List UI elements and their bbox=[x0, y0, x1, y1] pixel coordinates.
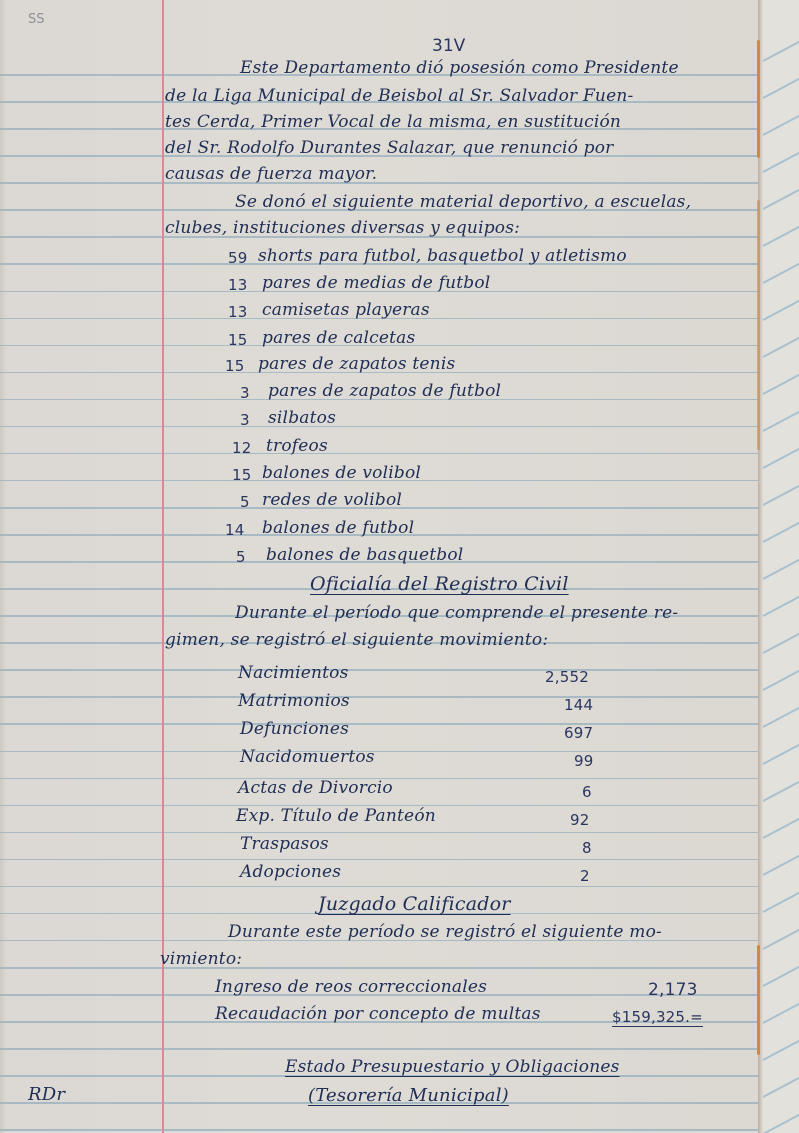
donation-qty: 15 bbox=[232, 466, 252, 484]
ruled-line bbox=[0, 696, 760, 698]
next-page-ruled-line bbox=[763, 777, 799, 802]
next-page-ruled-line bbox=[763, 518, 799, 543]
intro-line: causas de fuerza mayor. bbox=[165, 164, 377, 184]
donation-qty: 59 bbox=[228, 249, 248, 267]
qualifying-court-label: Recaudación por concepto de multas bbox=[215, 1004, 541, 1024]
civil-registry-label: Adopciones bbox=[240, 862, 341, 882]
civil-registry-label: Traspasos bbox=[240, 834, 329, 854]
civil-registry-label: Matrimonios bbox=[238, 691, 350, 711]
ruled-line bbox=[0, 182, 760, 184]
donation-item: silbatos bbox=[268, 408, 336, 428]
qualifying-court-label: Ingreso de reos correccionales bbox=[215, 977, 487, 997]
notebook-page: SS 31V Este Departamento dió posesión co… bbox=[0, 0, 760, 1133]
ruled-line bbox=[0, 669, 760, 671]
civil-registry-intro-line: Durante el período que comprende el pres… bbox=[235, 603, 678, 623]
next-page-ruled-line bbox=[763, 962, 799, 987]
next-page-ruled-line bbox=[763, 148, 799, 173]
donation-item: shorts para futbol, basquetbol y atletis… bbox=[258, 246, 627, 266]
section-subheading-treasury: (Tesorería Municipal) bbox=[308, 1085, 509, 1106]
civil-registry-label: Nacimientos bbox=[238, 663, 349, 683]
next-page-ruled-line bbox=[763, 1110, 799, 1133]
donation-qty: 13 bbox=[228, 303, 248, 321]
donation-qty: 12 bbox=[232, 439, 252, 457]
next-page-ruled-line bbox=[763, 851, 799, 876]
next-page-ruled-line bbox=[763, 333, 799, 358]
next-page-ruled-line bbox=[763, 370, 799, 395]
next-page-ruled-line bbox=[763, 1073, 799, 1098]
donation-item: pares de medias de futbol bbox=[262, 273, 490, 293]
next-page-ruled-line bbox=[763, 925, 799, 950]
next-page-ruled-line bbox=[763, 1036, 799, 1061]
donation-qty: 3 bbox=[240, 384, 250, 402]
donation-qty: 13 bbox=[228, 276, 248, 294]
next-page-ruled-line bbox=[763, 999, 799, 1024]
civil-registry-value: 8 bbox=[582, 839, 592, 857]
donation-qty: 3 bbox=[240, 411, 250, 429]
donation-item: pares de zapatos tenis bbox=[258, 354, 455, 374]
next-page-ruled-line bbox=[763, 888, 799, 913]
next-page-ruled-line bbox=[763, 444, 799, 469]
staple-mid bbox=[757, 200, 760, 450]
donations-intro-line: Se donó el siguiente material deportivo,… bbox=[235, 192, 691, 212]
next-page-ruled-line bbox=[763, 481, 799, 506]
next-page-ruled-line bbox=[763, 222, 799, 247]
next-page-ruled-line bbox=[763, 37, 799, 62]
staple-top bbox=[757, 40, 760, 158]
ruled-line bbox=[0, 453, 760, 455]
qualifying-court-value: 2,173 bbox=[648, 980, 698, 1000]
donation-qty: 15 bbox=[225, 357, 245, 375]
qualifying-court-intro-line: Durante este período se registró el sigu… bbox=[228, 922, 662, 942]
staple-bottom bbox=[757, 945, 760, 1055]
civil-registry-value: 144 bbox=[564, 696, 593, 714]
next-page-ruled-line bbox=[763, 259, 799, 284]
ruled-line bbox=[0, 859, 760, 861]
civil-registry-label: Exp. Título de Panteón bbox=[236, 806, 436, 826]
civil-registry-value: 99 bbox=[574, 752, 594, 770]
ruled-line bbox=[0, 967, 760, 969]
ruled-line bbox=[0, 886, 760, 888]
section-heading-civil-registry: Oficialía del Registro Civil bbox=[310, 573, 569, 595]
civil-registry-value: 92 bbox=[570, 811, 590, 829]
donation-item: redes de volibol bbox=[262, 490, 402, 510]
ruled-line bbox=[0, 751, 760, 753]
next-page-ruled-line bbox=[763, 296, 799, 321]
ruled-line bbox=[0, 1048, 760, 1050]
donation-item: trofeos bbox=[266, 436, 328, 456]
ruled-line bbox=[0, 1129, 760, 1131]
next-page-ruled-line bbox=[763, 666, 799, 691]
civil-registry-label: Nacidomuertos bbox=[240, 747, 375, 767]
civil-registry-value: 6 bbox=[582, 783, 592, 801]
civil-registry-label: Defunciones bbox=[240, 719, 349, 739]
donation-qty: 5 bbox=[240, 493, 250, 511]
donation-item: pares de zapatos de futbol bbox=[268, 381, 501, 401]
donation-item: pares de calcetas bbox=[262, 328, 415, 348]
donation-item: balones de volibol bbox=[262, 463, 421, 483]
next-page-ruled-line bbox=[763, 555, 799, 580]
next-page-ruled-line bbox=[763, 740, 799, 765]
intro-line: tes Cerda, Primer Vocal de la misma, en … bbox=[165, 112, 621, 132]
intro-line: Este Departamento dió posesión como Pres… bbox=[240, 58, 679, 78]
next-page-ruled-line bbox=[763, 407, 799, 432]
ruled-line bbox=[0, 832, 760, 834]
qualifying-court-intro-line: vimiento: bbox=[160, 949, 242, 969]
initials-signature: RDr bbox=[28, 1084, 65, 1105]
civil-registry-value: 2,552 bbox=[545, 668, 589, 686]
donations-intro-line: clubes, instituciones diversas y equipos… bbox=[165, 218, 520, 238]
next-page-ruled-line bbox=[763, 629, 799, 654]
civil-registry-value: 697 bbox=[564, 724, 593, 742]
donation-qty: 14 bbox=[225, 521, 245, 539]
next-page-ruled-line bbox=[763, 185, 799, 210]
civil-registry-value: 2 bbox=[580, 867, 590, 885]
pencil-corner-mark: SS bbox=[28, 12, 45, 27]
donation-qty: 15 bbox=[228, 331, 248, 349]
next-page-ruled-line bbox=[763, 814, 799, 839]
ruled-line bbox=[0, 426, 760, 428]
civil-registry-label: Actas de Divorcio bbox=[238, 778, 393, 798]
folio-number: 31V bbox=[432, 36, 465, 56]
donation-item: balones de futbol bbox=[262, 518, 414, 538]
next-page-ruled-line bbox=[763, 703, 799, 728]
donation-item: balones de basquetbol bbox=[266, 545, 463, 565]
next-page-edge bbox=[763, 0, 799, 1133]
intro-line: de la Liga Municipal de Beisbol al Sr. S… bbox=[165, 86, 633, 106]
ruled-line bbox=[0, 723, 760, 725]
next-page-ruled-line bbox=[763, 111, 799, 136]
next-page-ruled-line bbox=[763, 74, 799, 99]
section-heading-budget: Estado Presupuestario y Obligaciones bbox=[285, 1057, 620, 1077]
next-page-ruled-line bbox=[763, 592, 799, 617]
donation-qty: 5 bbox=[236, 548, 246, 566]
intro-line: del Sr. Rodolfo Durantes Salazar, que re… bbox=[165, 138, 614, 158]
civil-registry-intro-line: gimen, se registró el siguiente movimien… bbox=[165, 630, 548, 650]
section-heading-qualifying-court: Juzgado Calificador bbox=[318, 893, 511, 915]
donation-item: camisetas playeras bbox=[262, 300, 430, 320]
fines-total-value: $159,325.= bbox=[612, 1008, 703, 1026]
